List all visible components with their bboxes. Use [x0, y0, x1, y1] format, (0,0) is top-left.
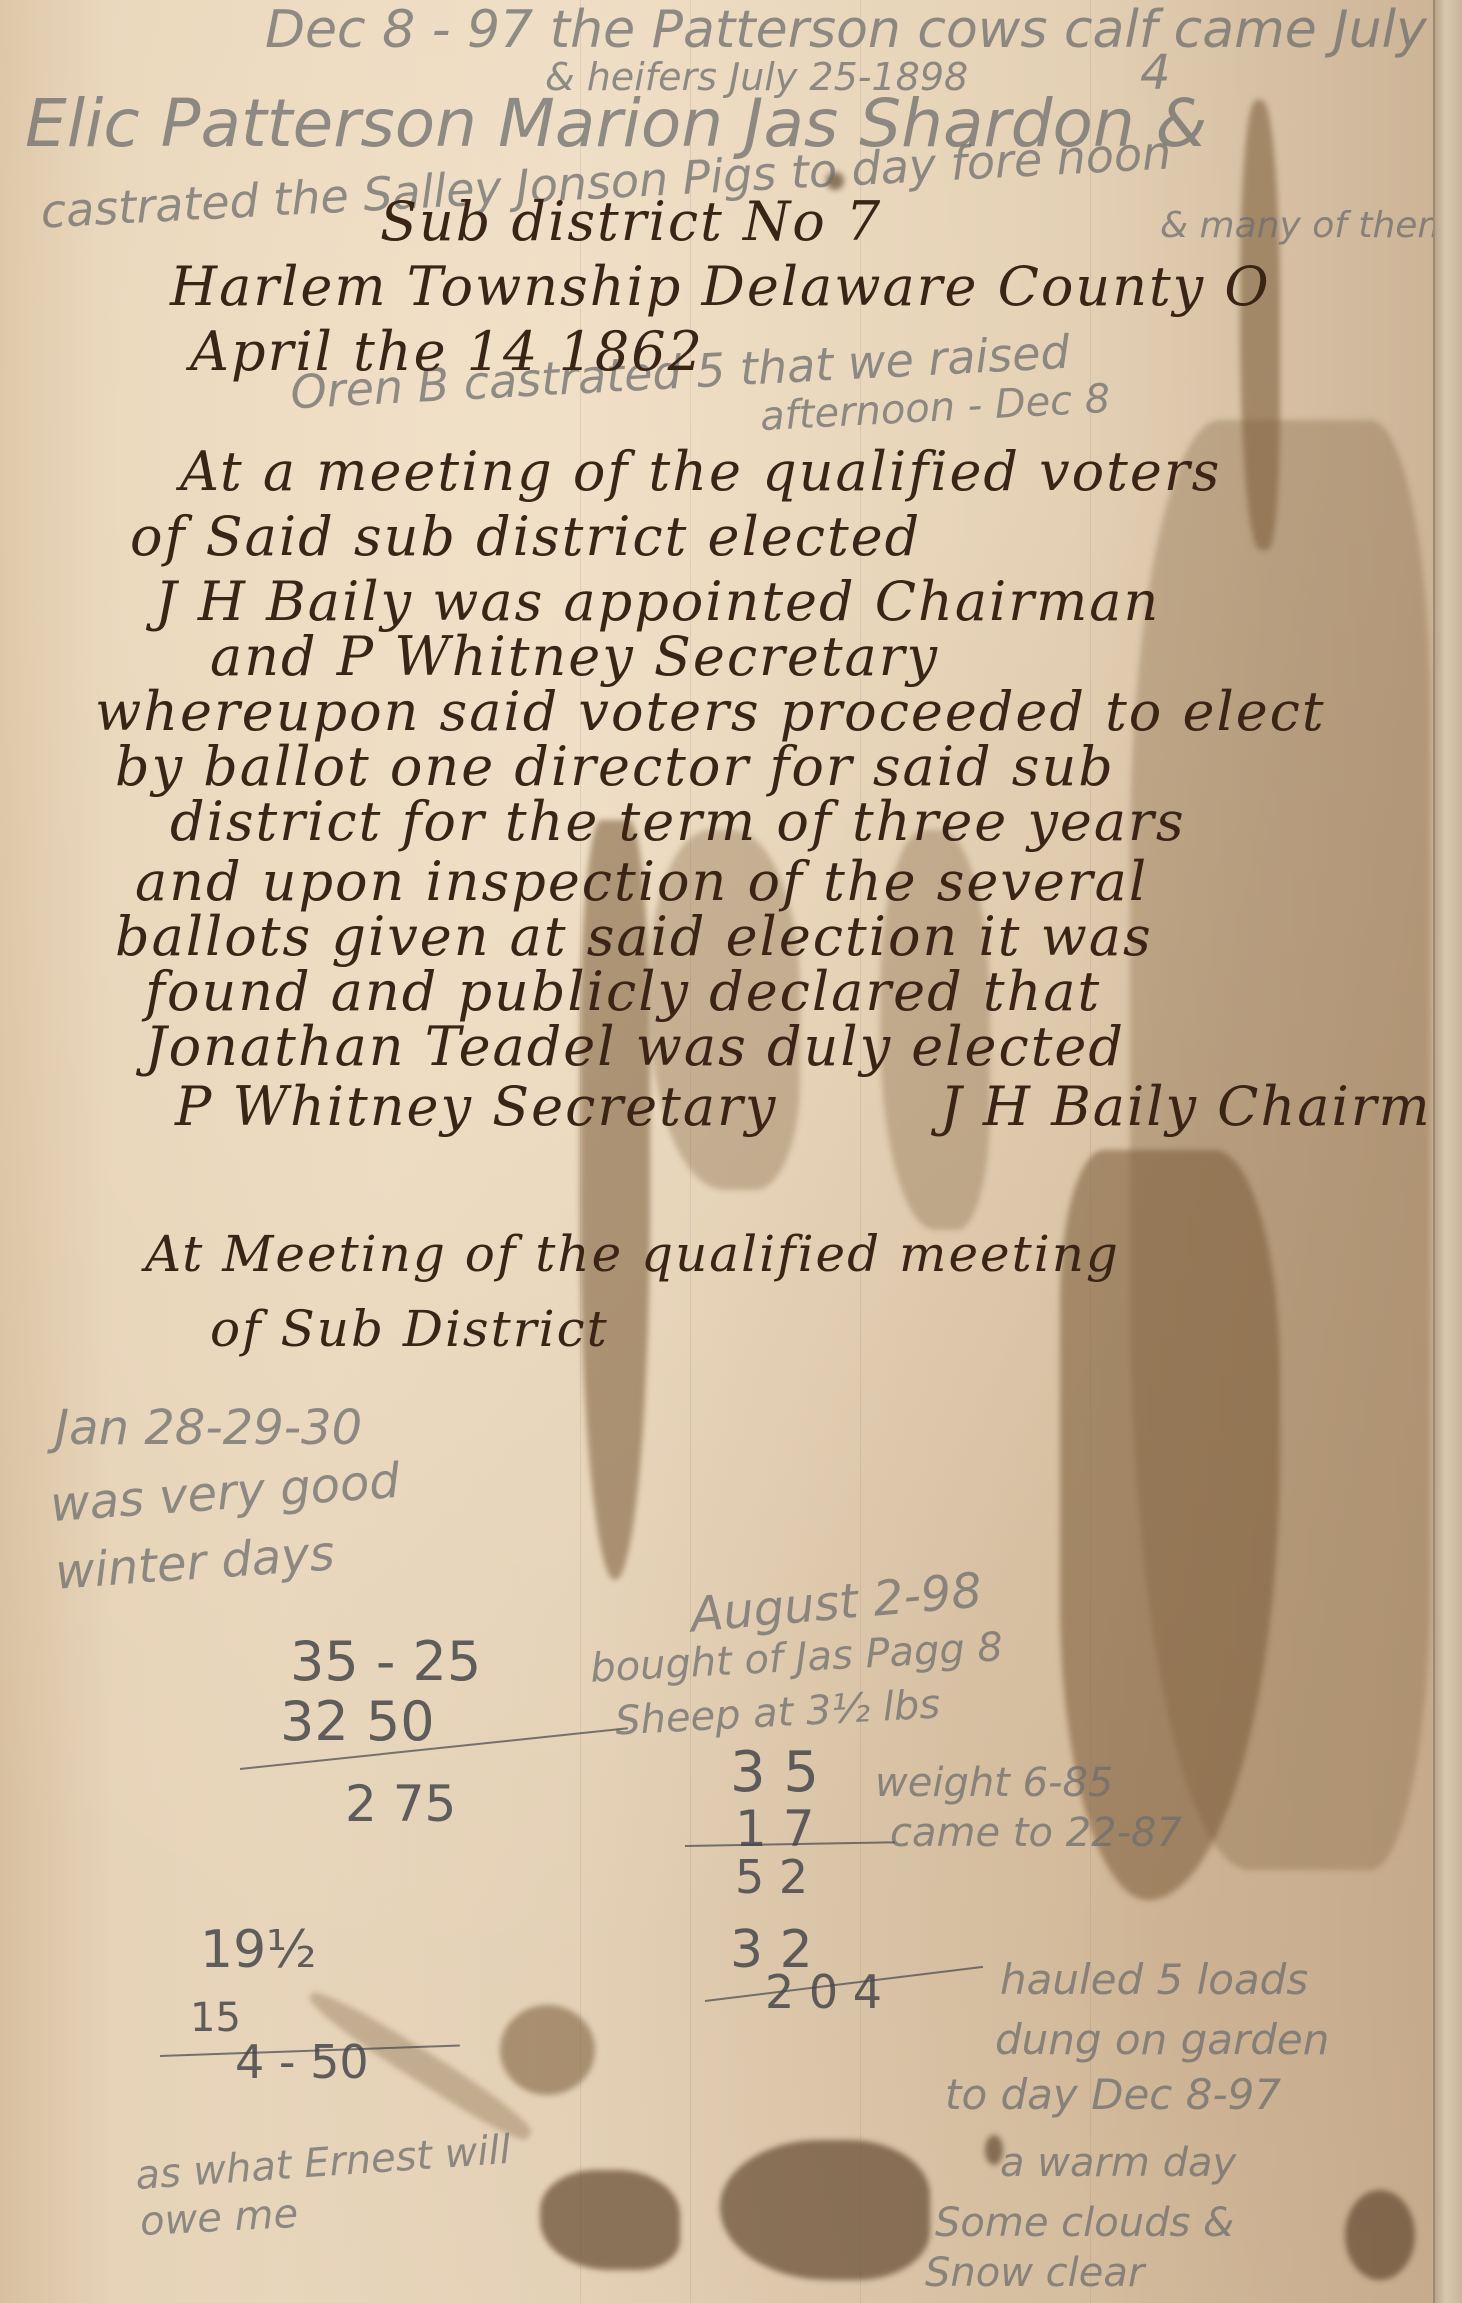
calc-row: 15 [190, 1995, 241, 2041]
body-line: found and publicly declared that [145, 960, 1101, 1023]
body-line: and upon inspection of the several [135, 850, 1148, 913]
water-stain [1240, 100, 1280, 550]
body-line: ballots given at said election it was [115, 905, 1153, 968]
pencil-note-line: Sheep at 3½ lbs [614, 1682, 941, 1745]
secretary-signature: P Whitney Secretary [175, 1075, 777, 1138]
pencil-note-line: hauled 5 loads [1000, 1955, 1308, 2004]
water-stain [1345, 2190, 1415, 2280]
water-stain [720, 2140, 930, 2280]
second-heading-line: At Meeting of the qualified meeting [145, 1225, 1120, 1283]
pencil-note-line: Snow clear [925, 2250, 1144, 2296]
pencil-note-line: & many of them [1160, 205, 1453, 246]
second-heading-line: of Sub District [210, 1300, 609, 1358]
body-line: and P Whitney Secretary [210, 625, 939, 688]
heading-line: Harlem Township Delaware County O [170, 255, 1271, 318]
pencil-note-line: came to 22-87 [890, 1810, 1182, 1856]
calc-row: 32 50 [280, 1690, 435, 1753]
pencil-note-line: Some clouds & [935, 2200, 1234, 2246]
page-binding-edge [1433, 0, 1462, 2303]
calc-result: 5 2 [735, 1850, 808, 1904]
ledger-page: Dec 8 - 97 the Patterson cows calf came … [0, 0, 1435, 2303]
pencil-note-line: a warm day [1000, 2140, 1236, 2186]
pencil-note-line: Jan 28-29-30 [55, 1400, 362, 1456]
body-line: district for the term of three years [170, 790, 1186, 853]
pencil-note-line: dung on garden [995, 2015, 1329, 2064]
body-line: Jonathan Teadel was duly elected [145, 1015, 1125, 1078]
calc-row: 35 - 25 [290, 1630, 481, 1693]
water-stain [500, 2005, 595, 2095]
pencil-note-line: winter days [53, 1525, 336, 1600]
chairman-signature: J H Baily Chairman [940, 1075, 1462, 1138]
body-line: whereupon said voters proceeded to elect [95, 680, 1326, 743]
calc-row: 19½ [200, 1920, 317, 1980]
pencil-note-line: weight 6-85 [875, 1760, 1113, 1806]
calc-result: 2 0 4 [765, 1965, 882, 2019]
pencil-note-line: Dec 8 - 97 the Patterson cows calf came … [265, 0, 1462, 60]
heading-line: Sub district No 7 [380, 190, 882, 253]
body-line: J H Baily was appointed Chairman [155, 570, 1160, 633]
pencil-note-line: owe me [139, 2191, 299, 2245]
pencil-note-line: to day Dec 8-97 [945, 2070, 1281, 2119]
pencil-note-line: was very good [48, 1453, 401, 1533]
calc-row: 3 5 [730, 1740, 819, 1805]
calc-result: 2 75 [345, 1775, 456, 1833]
heading-date: April the 14 1862 [190, 320, 704, 383]
body-line: At a meeting of the qualified voters [180, 440, 1221, 503]
pencil-note-line: as what Ernest will [134, 2127, 512, 2199]
calc-result: 4 - 50 [235, 2035, 369, 2089]
body-line: of Said sub district elected [130, 505, 921, 568]
pencil-note-line: bought of Jas Pagg 8 [589, 1624, 1004, 1692]
water-stain [540, 2170, 680, 2270]
body-line: by ballot one director for said sub [115, 735, 1115, 798]
